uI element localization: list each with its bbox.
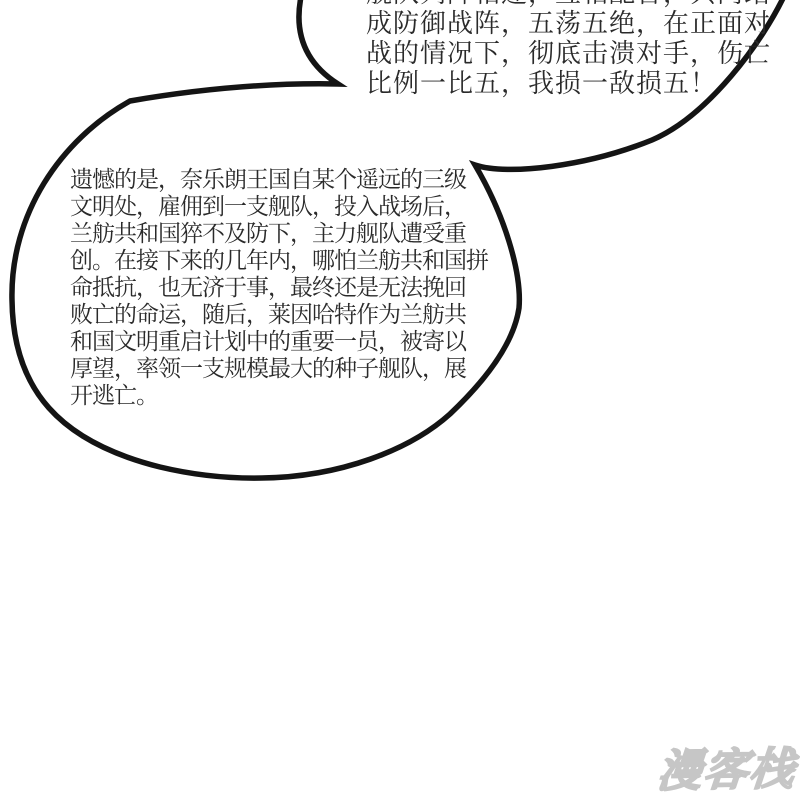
dialogue-line: 开逃亡。 xyxy=(70,382,488,409)
dialogue-line: 遗憾的是，奈乐朗王国自某个遥远的三级 xyxy=(70,166,488,193)
dialogue-line: 成防御战阵，五荡五绝，在正面对 xyxy=(366,8,771,38)
dialogue-line: 创。在接下来的几年内，哪怕兰舫共和国拼 xyxy=(70,247,488,274)
dialogue-line: 比例一比五，我损一敌损五！ xyxy=(366,68,771,98)
dialogue-line: 厚望，率领一支规模最大的种子舰队，展 xyxy=(70,355,488,382)
dialogue-line: 命抵抗，也无济于事，最终还是无法挽回 xyxy=(70,274,488,301)
dialogue-line-clipped: 舰队列阵相连，互相配合，共同结 xyxy=(366,0,771,8)
dialogue-line: 战的情况下，彻底击溃对手，伤亡 xyxy=(366,38,771,68)
watermark-logo: 漫客栈 xyxy=(655,733,799,799)
manga-panel: 舰队列阵相连，互相配合，共同结 成防御战阵，五荡五绝，在正面对 战的情况下，彻底… xyxy=(0,0,800,800)
dialogue-line: 文明处，雇佣到一支舰队，投入战场后， xyxy=(70,193,488,220)
dialogue-line: 败亡的命运，随后，莱因哈特作为兰舫共 xyxy=(70,301,488,328)
speech-bubble-top: 舰队列阵相连，互相配合，共同结 成防御战阵，五荡五绝，在正面对 战的情况下，彻底… xyxy=(366,0,771,98)
dialogue-line: 和国文明重启计划中的重要一员，被寄以 xyxy=(70,328,488,355)
dialogue-line: 兰舫共和国猝不及防下，主力舰队遭受重 xyxy=(70,220,488,247)
speech-bubble-main: 遗憾的是，奈乐朗王国自某个遥远的三级 文明处，雇佣到一支舰队，投入战场后， 兰舫… xyxy=(70,166,488,409)
